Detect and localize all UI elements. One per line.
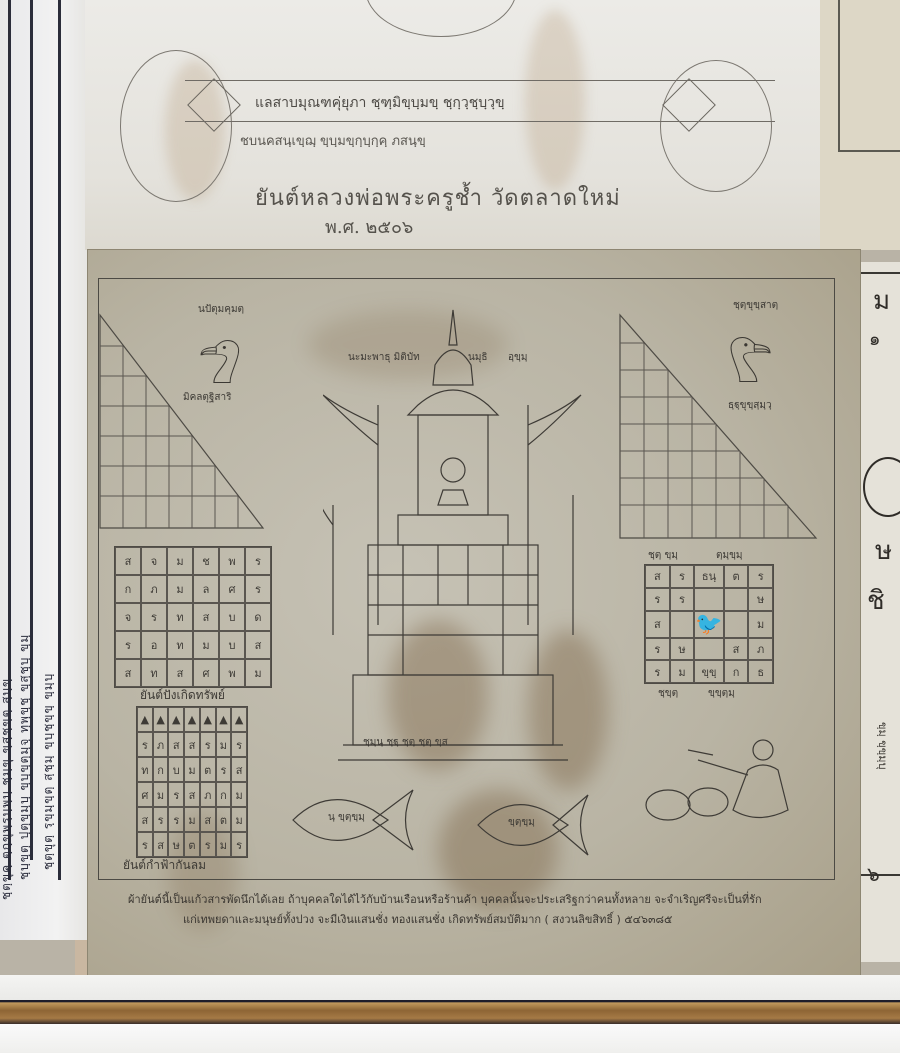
band-text: แลสาบมุณฑคุ่ยุภา ชฺฑฺมิขฺบฺมขฺ ชฺกฺวฺชฺบ…	[255, 92, 505, 114]
grid-cell: พ	[219, 659, 245, 687]
grid-cell: ร	[670, 588, 695, 611]
square-grid-left: สจมชพร กภมลศร จรทสบด รอทมบส สทสศพม	[114, 546, 272, 688]
grid-cell: ม	[216, 732, 232, 757]
grid-label: ยันต์กำฟ้ากันลม	[123, 856, 206, 875]
shrine-illustration	[323, 305, 583, 775]
grid-cell: ช	[193, 547, 219, 575]
grid-cell: ศ	[193, 659, 219, 687]
grid-cell: ร	[245, 547, 271, 575]
grid-cell: ภ	[748, 638, 773, 661]
grid-label: ยันต์ปังเกิดทรัพย์	[140, 686, 225, 705]
grid-cell: ต	[200, 757, 216, 782]
grid-cell: อ	[141, 631, 167, 659]
grid-cell: ร	[200, 832, 216, 857]
grid-cell: ภ	[141, 575, 167, 603]
grid-label: ขฺขฺตฺมฺ	[708, 686, 735, 701]
grid-cell: ร	[216, 757, 232, 782]
shrine-base-text: ชฺมฺนฺ ชฺฐฺ ชฺตฺ ชฺตฺ ขฺส	[363, 735, 448, 750]
right-cloth-frame	[855, 272, 900, 876]
left-cloth-border-line	[58, 0, 61, 880]
grid-cell: ร	[645, 588, 670, 611]
grid-cell: ม	[153, 782, 169, 807]
grid-cell: ก	[216, 782, 232, 807]
top-yantra-cloth: แลสาบมุณฑคุ่ยุภา ชฺฑฺมิขฺบฺมขฺ ชฺกฺวฺชฺบ…	[85, 0, 820, 250]
grid-cell: ร	[137, 732, 153, 757]
shrine-label: นมุธิ	[468, 350, 488, 365]
frame-gold-molding	[0, 1000, 900, 1026]
triangle-grid-left	[98, 310, 268, 530]
left-yantra-cloth: ชฺตฺขุคฺ ตฺกฺขุพฺรฺบฺพฺบฺ ชฺมฺขุ ขฺสฺชฺข…	[0, 0, 95, 940]
grid-cell: ▲	[200, 707, 216, 732]
grid-cell: ภ	[200, 782, 216, 807]
script-glyph: ๑	[869, 324, 880, 353]
grid-cell: ม	[231, 782, 247, 807]
grid-cell: ม	[670, 660, 695, 683]
fish-label: นฺ ขฺตฺขฺมฺ	[328, 810, 365, 825]
grid-cell: ก	[153, 757, 169, 782]
grid-cell: ขฺขฺ	[694, 660, 723, 683]
grid-cell: บ	[219, 603, 245, 631]
bird-icon: 🐦	[694, 611, 723, 638]
side-text: ขฺมฺ ขฺขฺมฺบุ	[873, 722, 891, 770]
small-grid-left: ▲▲▲▲▲▲▲ รภสสรมร ทกบมตรส ศมรสภกม สรรมสตม …	[136, 706, 248, 858]
seal-circle	[365, 0, 517, 37]
grid-cell: ษ	[748, 588, 773, 611]
grid-cell: ท	[167, 631, 193, 659]
triangle-grid-right	[618, 310, 818, 540]
grid-cell: ม	[216, 832, 232, 857]
grid-cell: ท	[167, 603, 193, 631]
bird-label: นปัตุมคุมตฺ	[198, 302, 244, 317]
grid-label: ชฺขฺตฺ	[658, 686, 678, 701]
grid-cell: ม	[167, 547, 193, 575]
caption-line-2: แก่เทพยดาและมนุษย์ทั้งปวง จะมีเงินแสนชั่…	[183, 910, 672, 928]
grid-cell: ท	[137, 757, 153, 782]
top-right-frame	[838, 0, 900, 152]
grid-cell: ร	[670, 565, 695, 588]
grid-cell: ส	[168, 732, 184, 757]
grid-cell: ท	[141, 659, 167, 687]
grid-cell: ศ	[137, 782, 153, 807]
grid-cell: ส	[184, 732, 200, 757]
script-row: ชบนคสนฺเขฺฌฺ ขฺบฺมขฺกฺบฺกฺคฺ ภสนฺขฺ	[240, 130, 426, 151]
grid-label: ชฺตฺ ขฺมฺ	[648, 548, 678, 563]
grid-cell: ▲	[216, 707, 232, 732]
caption-line-1: ผ้ายันต์นี้เป็นแก้วสารพัดนึกได้เลย ถ้าบุ…	[128, 890, 762, 908]
grid-cell: ม	[184, 757, 200, 782]
grid-cell	[724, 588, 749, 611]
grid-cell: ส	[137, 807, 153, 832]
fish-label: ขฺตฺขฺมฺ	[508, 815, 535, 830]
script-glyph: ษ	[875, 530, 892, 571]
yantra-title: ยันต์หลวงพ่อพระครูช้ำ วัดตลาดใหม่	[255, 180, 621, 215]
grid-cell: ภ	[153, 732, 169, 757]
main-yantra-cloth: นปัตุมคุมตฺ มิคลตุฐิสาริ 𓅿 ชฺตฺขุขฺสาตฺ …	[88, 250, 860, 978]
grid-cell: ต	[216, 807, 232, 832]
grid-cell: ▲	[168, 707, 184, 732]
grid-cell: ม	[231, 807, 247, 832]
grid-cell: ส	[245, 631, 271, 659]
grid-cell: ▲	[137, 707, 153, 732]
grid-cell: พ	[219, 547, 245, 575]
left-cloth-text-column: ชฺบฺขฺตฺ ปฺตฺขฺมฺบฺ ขฺบฺขฺตฺมฺจฺ ทฺพฺขฺช…	[14, 0, 33, 880]
grid-cell: ษ	[670, 638, 695, 661]
grid-cell: ▲	[153, 707, 169, 732]
grid-cell: ส	[115, 659, 141, 687]
grid-cell: ธ	[748, 660, 773, 683]
bird-label: ชฺตฺขุขฺสาตฺ	[733, 298, 778, 313]
grid-cell: ส	[184, 782, 200, 807]
grid-cell: ส	[200, 807, 216, 832]
nang-kwak-figure	[638, 730, 798, 830]
grid-cell: ร	[168, 782, 184, 807]
grid-cell: ธนฺ	[694, 565, 723, 588]
grid-cell: ร	[200, 732, 216, 757]
grid-cell	[694, 638, 723, 661]
grid-cell: ต	[724, 565, 749, 588]
grid-cell: ด	[245, 603, 271, 631]
script-glyph: ม	[873, 280, 890, 321]
script-glyph: ๖	[867, 858, 880, 890]
grid-cell: ร	[645, 660, 670, 683]
yantra-year: พ.ศ. ๒๕๐๖	[325, 212, 413, 241]
grid-cell: ล	[193, 575, 219, 603]
top-right-cloth	[820, 0, 900, 250]
grid-cell: จ	[141, 547, 167, 575]
square-grid-right: สรธนฺตร รรษ ส🐦ม รษสภ รมขฺขฺกธ	[644, 564, 774, 684]
grid-cell: ร	[748, 565, 773, 588]
grid-cell: ▲	[231, 707, 247, 732]
grid-cell: ส	[645, 565, 670, 588]
grid-cell: ร	[153, 807, 169, 832]
grid-label: ตฺมฺขฺมฺ	[716, 548, 743, 563]
grid-cell: ม	[184, 807, 200, 832]
script-glyph: ชิ	[867, 580, 885, 621]
grid-cell: ส	[167, 659, 193, 687]
grid-cell	[670, 611, 695, 638]
grid-cell: บ	[168, 757, 184, 782]
grid-cell: ร	[231, 732, 247, 757]
hamsa-bird-icon: 𓅿	[198, 320, 242, 402]
grid-cell: ศ	[219, 575, 245, 603]
grid-cell: ร	[137, 832, 153, 857]
grid-cell: ร	[168, 807, 184, 832]
grid-cell: ม	[245, 659, 271, 687]
grid-cell: ก	[115, 575, 141, 603]
grid-cell: ต	[184, 832, 200, 857]
left-cloth-text-column: ชฺตฺขุตฺ รฺขฺมฺขฺตฺ สฺชฺมฺ ขฺบฺชฺขฺขฺ ขฺ…	[38, 0, 57, 870]
grid-cell: ร	[141, 603, 167, 631]
shrine-label: อฺขฺมฺ	[508, 350, 527, 365]
grid-cell: ส	[724, 638, 749, 661]
grid-cell: ร	[231, 832, 247, 857]
grid-cell: ส	[645, 611, 670, 638]
grid-cell: ▲	[184, 707, 200, 732]
shrine-label: นะมะพาธุ มิติบัท	[348, 350, 420, 365]
grid-cell	[694, 588, 723, 611]
grid-cell: ร	[115, 631, 141, 659]
grid-cell	[724, 611, 749, 638]
grid-cell: บ	[219, 631, 245, 659]
grid-cell: ส	[193, 603, 219, 631]
grid-cell: ส	[153, 832, 169, 857]
hamsa-bird-icon: 𓅿	[728, 315, 773, 401]
grid-cell: ก	[724, 660, 749, 683]
grid-cell: จ	[115, 603, 141, 631]
grid-cell: ร	[245, 575, 271, 603]
grid-cell: ม	[748, 611, 773, 638]
grid-cell: ส	[231, 757, 247, 782]
left-cloth-text-column: ชฺตฺขุคฺ ตฺกฺขุพฺรฺบฺพฺบฺ ชฺมฺขุ ขฺสฺชฺข…	[0, 0, 15, 900]
grid-cell: ร	[645, 638, 670, 661]
grid-cell: ม	[193, 631, 219, 659]
frame-outer-molding	[0, 1024, 900, 1053]
grid-cell: ม	[167, 575, 193, 603]
grid-cell: ษ	[168, 832, 184, 857]
grid-cell: ส	[115, 547, 141, 575]
